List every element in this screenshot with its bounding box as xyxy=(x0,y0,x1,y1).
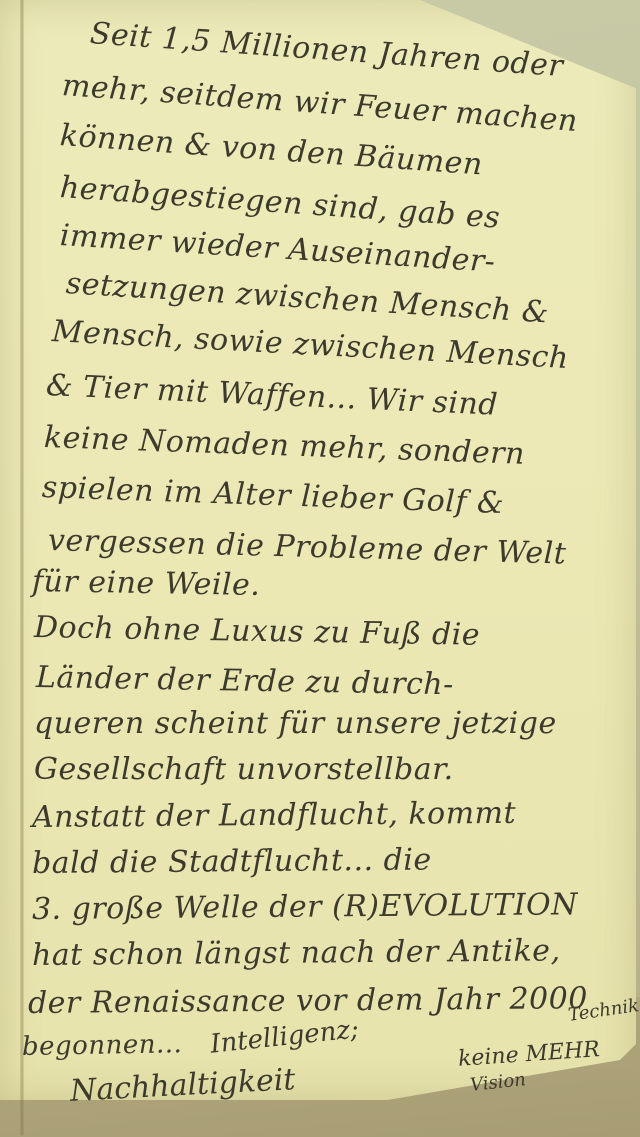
text-line: der Renaissance vor dem Jahr 2000 xyxy=(28,981,588,1021)
text-line: begonnen... xyxy=(22,1029,183,1062)
page-binding-crease xyxy=(20,0,24,1137)
text-line: Länder der Erde zu durch- xyxy=(36,660,454,702)
text-line: Gesellschaft unvorstellbar. xyxy=(34,752,454,787)
text-line: queren scheint für unsere jetzige xyxy=(34,706,557,741)
text-line: bald die Stadtflucht... die xyxy=(32,843,432,881)
text-line: für eine Weile. xyxy=(32,564,261,603)
text-line: hat schon längst nach der Antike, xyxy=(32,933,561,973)
text-line: Anstatt der Landflucht, kommt xyxy=(32,796,516,835)
text-line: 3. große Welle der (R)EVOLUTION xyxy=(32,887,578,927)
